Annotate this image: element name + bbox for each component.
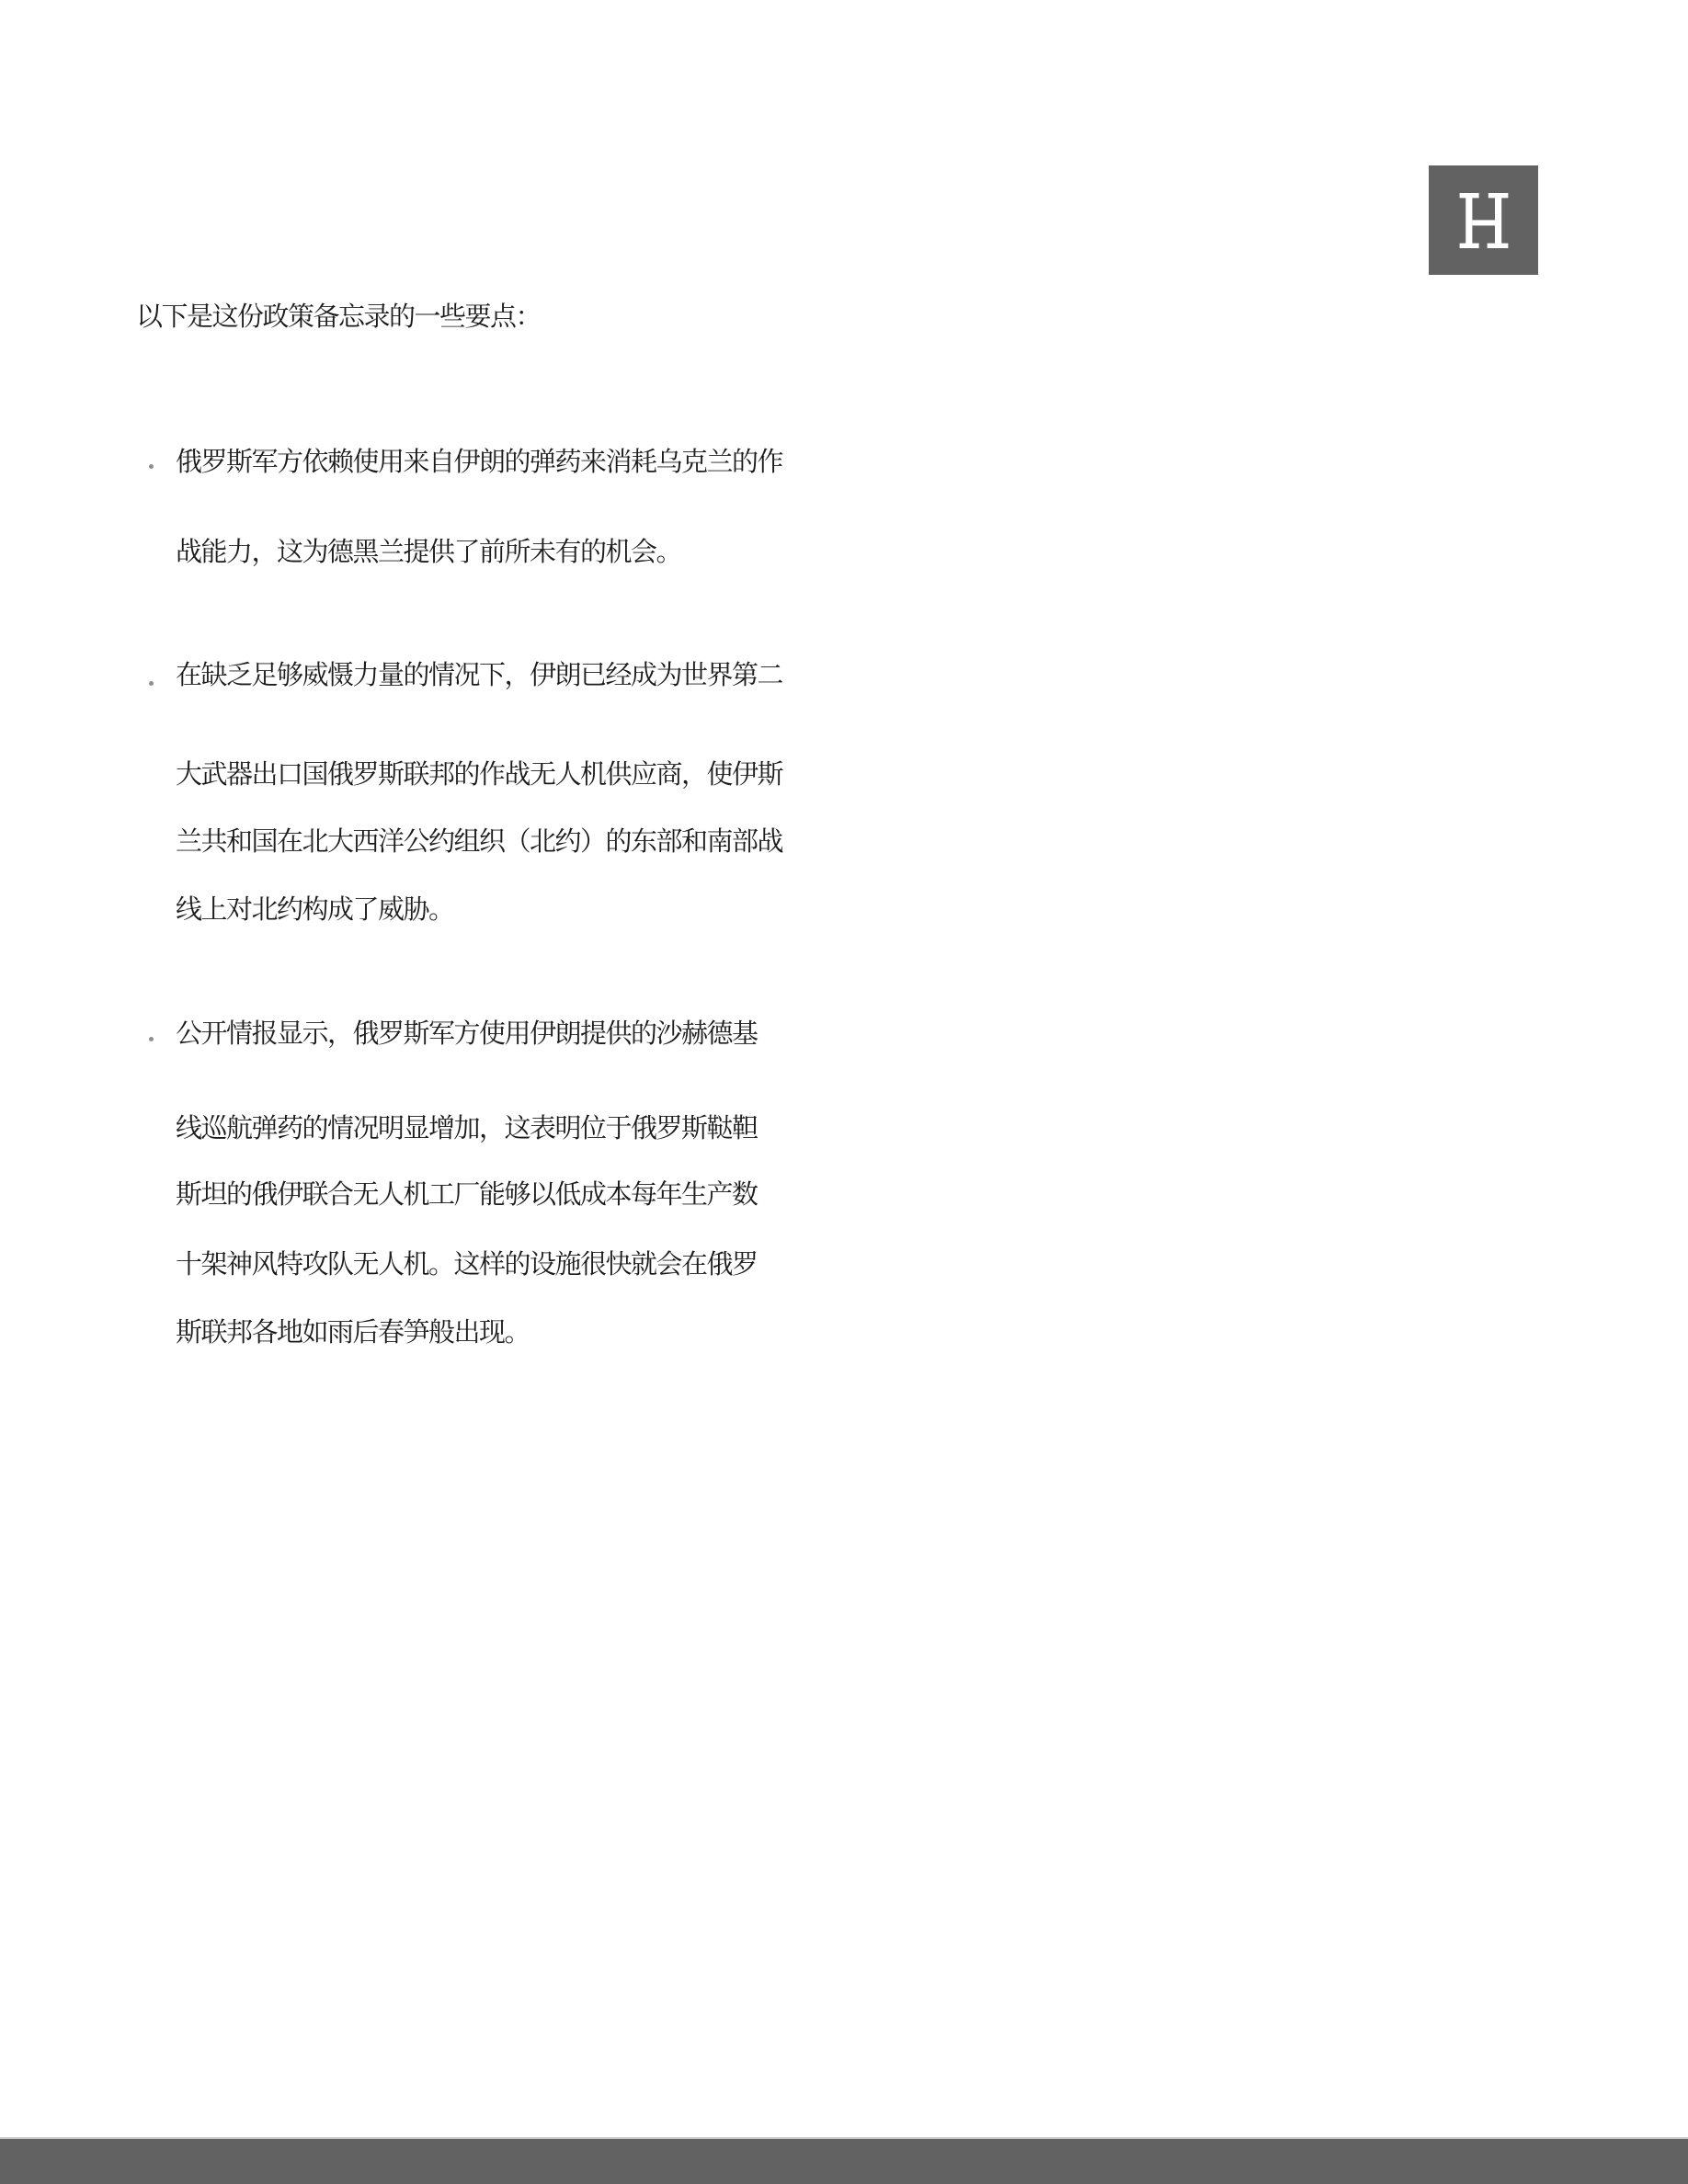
- bullet-2-line-1: 在缺乏足够威慑力量的情况下，伊朗已经成为世界第二: [176, 660, 782, 691]
- institute-h-logo: [1429, 165, 1538, 275]
- document-page: 以下是这份政策备忘录的一些要点： 俄罗斯军方依赖使用来自伊朗的弹药来消耗乌克兰的…: [0, 0, 1688, 2184]
- footer-bar: [0, 2137, 1688, 2184]
- bullet-2-line-3: 兰共和国在北大西洋公约组织（北约）的东部和南部战: [176, 826, 782, 858]
- bullet-3-line-1: 公开情报显示，俄罗斯军方使用伊朗提供的沙赫德基: [176, 1018, 758, 1050]
- bullet-marker: [149, 464, 154, 469]
- intro-text: 以下是这份政策备忘录的一些要点：: [136, 301, 541, 333]
- bullet-2-line-4: 线上对北约构成了威胁。: [176, 894, 454, 926]
- bullet-3-line-2: 线巡航弹药的情况明显增加，这表明位于俄罗斯鞑靼: [176, 1113, 758, 1144]
- bullet-2-line-2: 大武器出口国俄罗斯联邦的作战无人机供应商，使伊斯: [176, 759, 782, 791]
- bullet-marker: [149, 681, 154, 686]
- bullet-3-line-3: 斯坦的俄伊联合无人机工厂能够以低成本每年生产数: [176, 1179, 758, 1211]
- h-letter-icon: [1455, 193, 1512, 248]
- bullet-1-line-2: 战能力，这为德黑兰提供了前所未有的机会。: [176, 537, 681, 568]
- bullet-3-line-5: 斯联邦各地如雨后春笋般出现。: [176, 1317, 530, 1348]
- bullet-1-line-1: 俄罗斯军方依赖使用来自伊朗的弹药来消耗乌克兰的作: [176, 447, 782, 478]
- bullet-marker: [149, 1037, 154, 1041]
- bullet-3-line-4: 十架神风特攻队无人机。这样的设施很快就会在俄罗: [176, 1249, 758, 1280]
